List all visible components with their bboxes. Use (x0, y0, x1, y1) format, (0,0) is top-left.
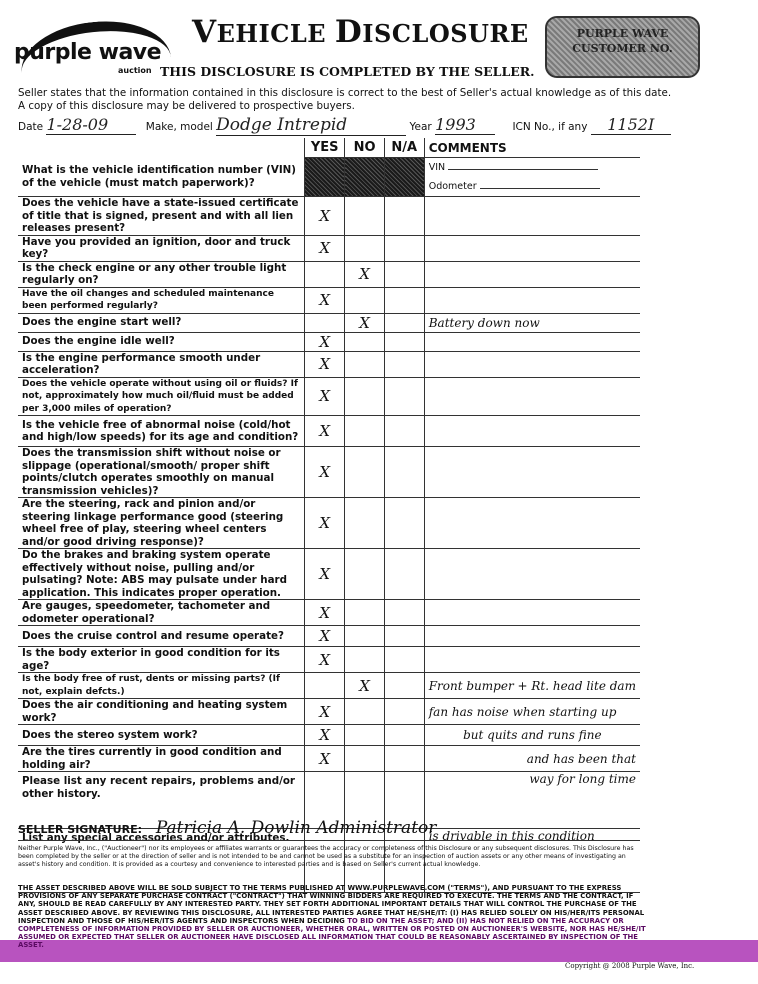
comment-cell[interactable] (424, 416, 640, 447)
yes-check[interactable]: X (304, 699, 345, 725)
no-check[interactable]: X (345, 313, 384, 332)
table-row: Are gauges, speedometer, tachometer and … (18, 600, 640, 626)
na-check[interactable] (384, 287, 424, 313)
na-check[interactable] (384, 746, 424, 772)
signature-field[interactable]: Patricia A. Dowlin Administrator (156, 818, 437, 838)
table-row: Is the check engine or any other trouble… (18, 261, 640, 287)
yes-check[interactable]: X (304, 287, 345, 313)
vehicle-fields: Date 1-28-09 Make, model Dodge Intrepid … (18, 115, 738, 137)
na-header: N/A (384, 138, 424, 158)
no-check[interactable] (345, 377, 384, 416)
comment-cell[interactable] (424, 332, 640, 351)
signature-label: SELLER SIGNATURE: (18, 823, 142, 836)
table-row: Are the tires currently in good conditio… (18, 746, 640, 772)
yes-check[interactable]: X (304, 416, 345, 447)
table-row: What is the vehicle identification numbe… (18, 158, 640, 197)
no-check[interactable] (345, 351, 384, 377)
comment-cell[interactable]: and has been that (424, 746, 640, 772)
comment-cell[interactable]: but quits and runs fine (424, 725, 640, 746)
no-check[interactable] (345, 197, 384, 236)
icn-label: ICN No., if any (512, 121, 587, 133)
yes-check[interactable]: X (304, 235, 345, 261)
no-check[interactable] (345, 725, 384, 746)
table-row: Have the oil changes and scheduled maint… (18, 287, 640, 313)
year-label: Year (410, 121, 432, 133)
na-check[interactable] (384, 549, 424, 600)
vin-odometer-cell: VIN Odometer (424, 158, 640, 197)
comments-header: COMMENTS (424, 138, 640, 158)
yes-check[interactable] (304, 261, 345, 287)
purple-wave-logo: purple wave auction (14, 22, 174, 72)
na-check[interactable] (384, 351, 424, 377)
table-row: Have you provided an ignition, door and … (18, 235, 640, 261)
yes-check[interactable]: X (304, 725, 345, 746)
yes-check[interactable]: X (304, 197, 345, 236)
comment-cell[interactable] (424, 447, 640, 498)
table-row: Is the vehicle free of abnormal noise (c… (18, 416, 640, 447)
logo-sub: auction (118, 66, 152, 75)
na-check[interactable] (384, 197, 424, 236)
comment-cell[interactable] (424, 377, 640, 416)
na-check[interactable] (384, 498, 424, 549)
na-check[interactable] (384, 647, 424, 673)
make-model-field[interactable]: Dodge Intrepid (216, 115, 406, 136)
no-check[interactable] (345, 416, 384, 447)
na-check[interactable] (384, 626, 424, 647)
yes-check[interactable]: X (304, 498, 345, 549)
no-check[interactable] (345, 647, 384, 673)
no-check[interactable] (345, 447, 384, 498)
table-row: Does the engine idle well?X (18, 332, 640, 351)
table-row: Is the body free of rust, dents or missi… (18, 673, 640, 699)
yes-check[interactable]: X (304, 351, 345, 377)
na-check[interactable] (384, 332, 424, 351)
na-check[interactable] (384, 725, 424, 746)
no-check[interactable] (345, 498, 384, 549)
table-row: Does the engine start well?XBattery down… (18, 313, 640, 332)
na-check[interactable] (384, 600, 424, 626)
customer-number-stamp: PURPLE WAVE CUSTOMER NO. (545, 16, 700, 78)
odometer-field[interactable] (480, 188, 600, 189)
yes-header: YES (304, 138, 345, 158)
na-check[interactable] (384, 377, 424, 416)
comment-cell[interactable]: fan has noise when starting up (424, 699, 640, 725)
comment-cell[interactable]: Front bumper + Rt. head lite dam (424, 673, 640, 699)
yes-check[interactable] (304, 313, 345, 332)
yes-check[interactable]: X (304, 600, 345, 626)
comment-cell[interactable] (424, 261, 640, 287)
na-check[interactable] (384, 673, 424, 699)
comment-cell[interactable] (424, 626, 640, 647)
icn-field[interactable]: 1152I (591, 115, 671, 135)
table-row: Is the engine performance smooth under a… (18, 351, 640, 377)
table-row: Does the stereo system work?Xbut quits a… (18, 725, 640, 746)
comment-cell[interactable] (424, 647, 640, 673)
terms-text: THE ASSET DESCRIBED ABOVE WILL BE SOLD S… (18, 884, 646, 950)
comment-cell[interactable] (424, 549, 640, 600)
yes-check[interactable]: X (304, 647, 345, 673)
table-row: Does the cruise control and resume opera… (18, 626, 640, 647)
yes-check[interactable]: X (304, 377, 345, 416)
no-check[interactable] (345, 699, 384, 725)
comment-cell[interactable]: Battery down now (424, 313, 640, 332)
no-check[interactable] (345, 332, 384, 351)
no-check[interactable]: X (345, 673, 384, 699)
na-check[interactable] (384, 313, 424, 332)
page-title: VEHICLE DISCLOSURE (192, 14, 529, 50)
na-check[interactable] (384, 416, 424, 447)
copyright: Copyright @ 2008 Purple Wave, Inc. (565, 962, 694, 970)
comment-cell[interactable] (424, 197, 640, 236)
no-check[interactable] (345, 235, 384, 261)
intro-text: Seller states that the information conta… (18, 87, 758, 113)
date-label: Date (18, 121, 43, 133)
no-check[interactable] (345, 287, 384, 313)
no-check[interactable] (345, 600, 384, 626)
table-row: Are the steering, rack and pinion and/or… (18, 498, 640, 549)
no-check[interactable] (345, 549, 384, 600)
na-check[interactable] (384, 699, 424, 725)
table-row: Does the transmission shift without nois… (18, 447, 640, 498)
table-row: Does the vehicle operate without using o… (18, 377, 640, 416)
table-row: Is the body exterior in good condition f… (18, 647, 640, 673)
table-row: Does the vehicle have a state-issued cer… (18, 197, 640, 236)
date-field[interactable]: 1-28-09 (46, 115, 136, 135)
yes-check[interactable] (304, 673, 345, 699)
disclaimer-text: Neither Purple Wave, Inc., ("Auctioneer"… (18, 845, 646, 868)
disclosure-table: YES NO N/A COMMENTS What is the vehicle … (18, 138, 640, 893)
no-check[interactable] (345, 626, 384, 647)
comment-cell[interactable] (424, 235, 640, 261)
no-check[interactable]: X (345, 261, 384, 287)
logo-word: purple wave (14, 40, 161, 65)
na-check[interactable] (384, 235, 424, 261)
yes-check[interactable]: X (304, 746, 345, 772)
no-check[interactable] (345, 746, 384, 772)
yes-check[interactable]: X (304, 447, 345, 498)
page-subtitle: THIS DISCLOSURE IS COMPLETED BY THE SELL… (160, 64, 535, 79)
comment-cell[interactable] (424, 351, 640, 377)
vin-field[interactable] (448, 169, 598, 170)
yes-check[interactable]: X (304, 549, 345, 600)
seller-signature: SELLER SIGNATURE: Patricia A. Dowlin Adm… (18, 818, 640, 841)
table-header: YES NO N/A COMMENTS (18, 138, 640, 158)
table-row: Does the air conditioning and heating sy… (18, 699, 640, 725)
make-label: Make, model (146, 121, 213, 133)
comment-cell[interactable] (424, 600, 640, 626)
comment-cell[interactable] (424, 287, 640, 313)
na-check[interactable] (384, 261, 424, 287)
comment-cell[interactable] (424, 498, 640, 549)
no-header: NO (345, 138, 384, 158)
yes-check[interactable]: X (304, 626, 345, 647)
year-field[interactable]: 1993 (435, 115, 495, 135)
na-check[interactable] (384, 447, 424, 498)
yes-check[interactable]: X (304, 332, 345, 351)
table-row: Do the brakes and braking system operate… (18, 549, 640, 600)
